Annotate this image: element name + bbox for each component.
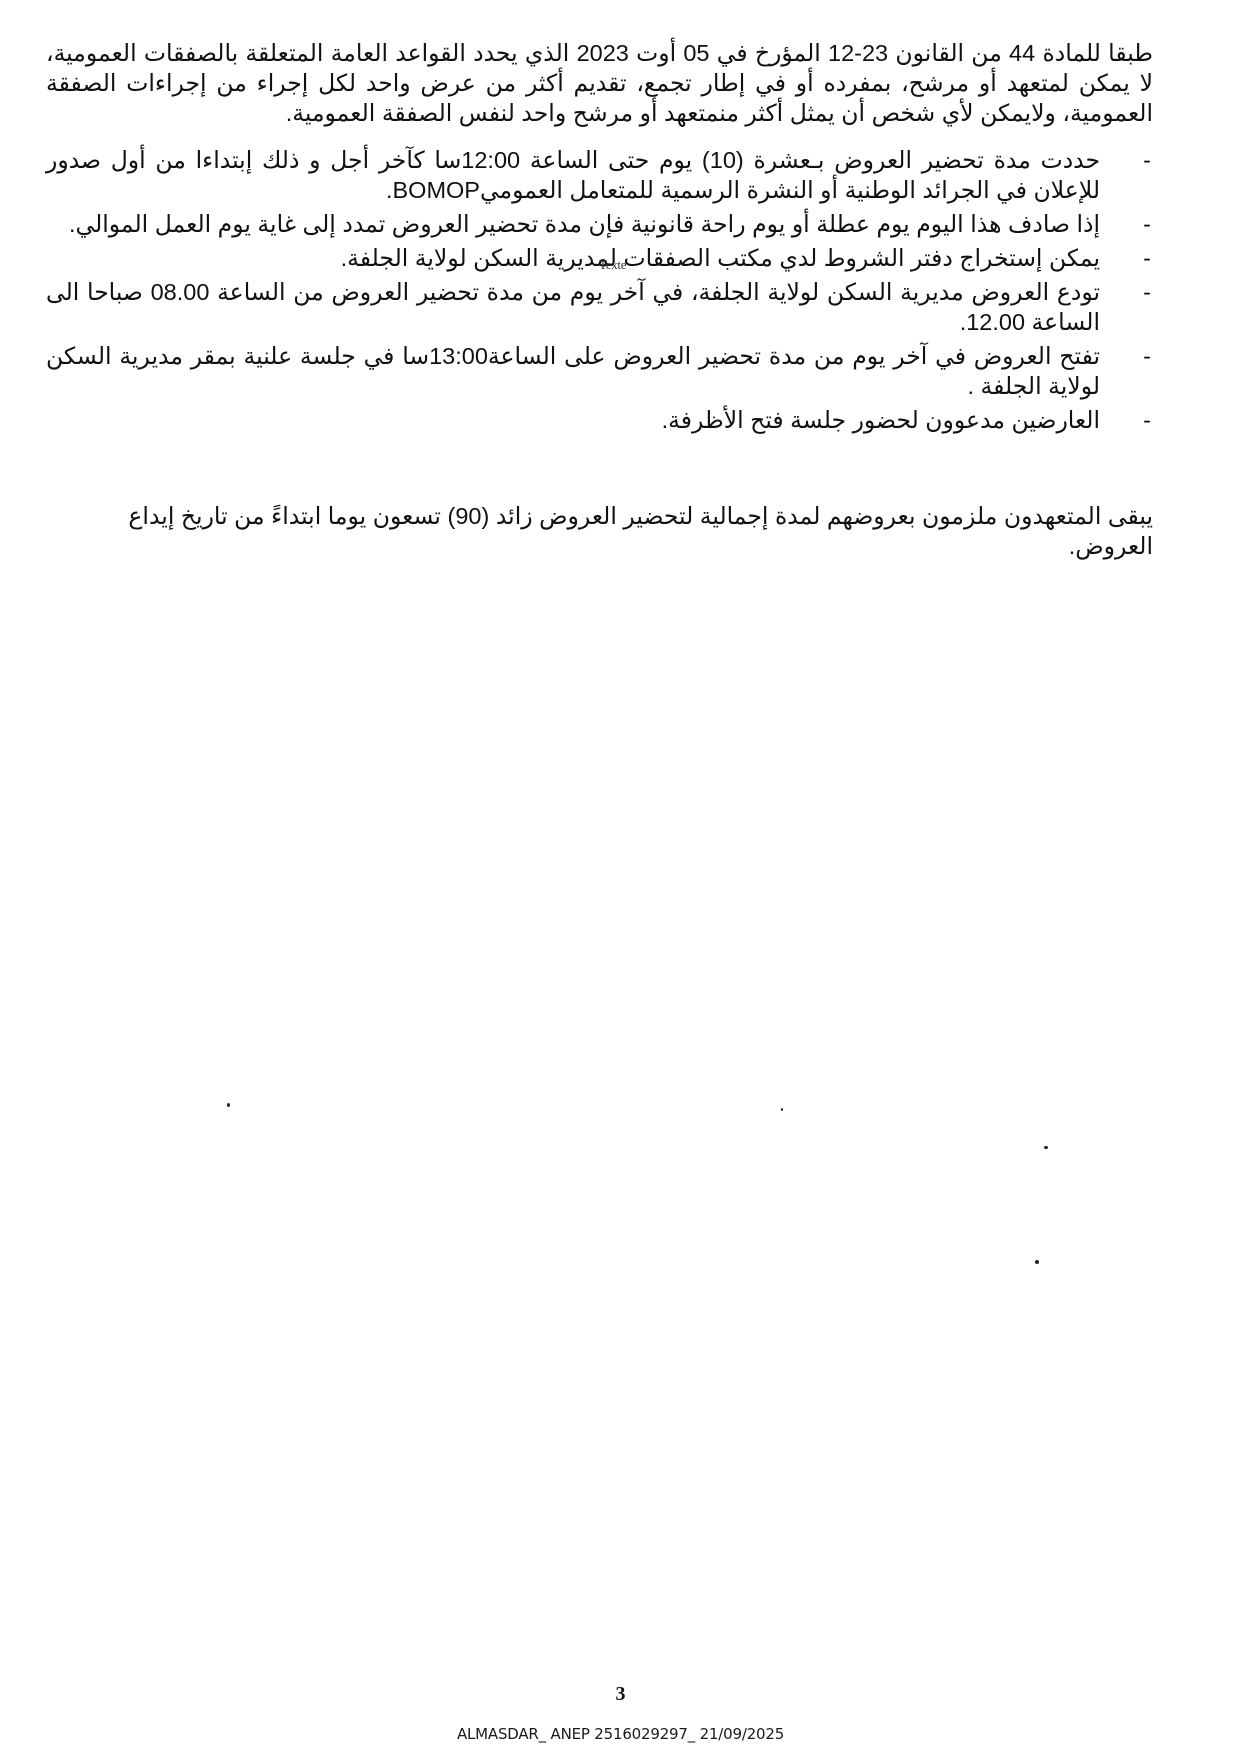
scan-speck bbox=[1035, 1260, 1039, 1264]
list-item-text: تفتح العروض في آخر يوم من مدة تحضير العر… bbox=[46, 343, 1100, 399]
list-item: - إذا صادف هذا اليوم يوم عطلة أو يوم راح… bbox=[46, 209, 1153, 239]
dash-bullet-icon: - bbox=[1137, 277, 1151, 307]
list-item: - تفتح العروض في آخر يوم من مدة تحضير ال… bbox=[46, 341, 1153, 401]
dash-bullet-icon: - bbox=[1137, 405, 1151, 435]
scan-speck bbox=[781, 1108, 783, 1111]
list-item: - حددت مدة تحضير العروض بـعشرة (10) يوم … bbox=[46, 145, 1153, 205]
page-number: 3 bbox=[0, 1683, 1241, 1706]
list-item: - تودع العروض مديرية السكن لولاية الجلفة… bbox=[46, 277, 1153, 337]
list-item: - العارضين مدعوون لحضور جلسة فتح الأظرفة… bbox=[46, 405, 1153, 435]
closing-paragraph: يبقى المتعهدون ملزمون بعروضهم لمدة إجمال… bbox=[46, 501, 1153, 561]
intro-paragraph: طبقا للمادة 44 من القانون 23-12 المؤرخ ف… bbox=[46, 38, 1153, 128]
list-item-text: يمكن إستخراج دفتر الشروط لدي مكتب الصفقا… bbox=[341, 245, 1100, 271]
dash-bullet-icon: - bbox=[1137, 209, 1151, 239]
dash-bullet-icon: - bbox=[1137, 341, 1151, 371]
overlay-text-artifact: Texte bbox=[599, 257, 626, 273]
list-item-text: العارضين مدعوون لحضور جلسة فتح الأظرفة. bbox=[662, 407, 1100, 433]
list-item-text: حددت مدة تحضير العروض بـعشرة (10) يوم حت… bbox=[46, 147, 1100, 203]
document-page: طبقا للمادة 44 من القانون 23-12 المؤرخ ف… bbox=[0, 0, 1241, 1754]
footer-reference: ALMASDAR_ ANEP 2516029297_ 21/09/2025 bbox=[0, 1725, 1241, 1743]
scan-speck bbox=[1044, 1146, 1048, 1149]
conditions-list: - حددت مدة تحضير العروض بـعشرة (10) يوم … bbox=[46, 145, 1153, 439]
scan-speck bbox=[227, 1103, 230, 1107]
dash-bullet-icon: - bbox=[1137, 243, 1151, 273]
dash-bullet-icon: - bbox=[1137, 145, 1151, 175]
list-item-text: إذا صادف هذا اليوم يوم عطلة أو يوم راحة … bbox=[69, 211, 1100, 237]
list-item-text: تودع العروض مديرية السكن لولاية الجلفة، … bbox=[46, 279, 1100, 335]
